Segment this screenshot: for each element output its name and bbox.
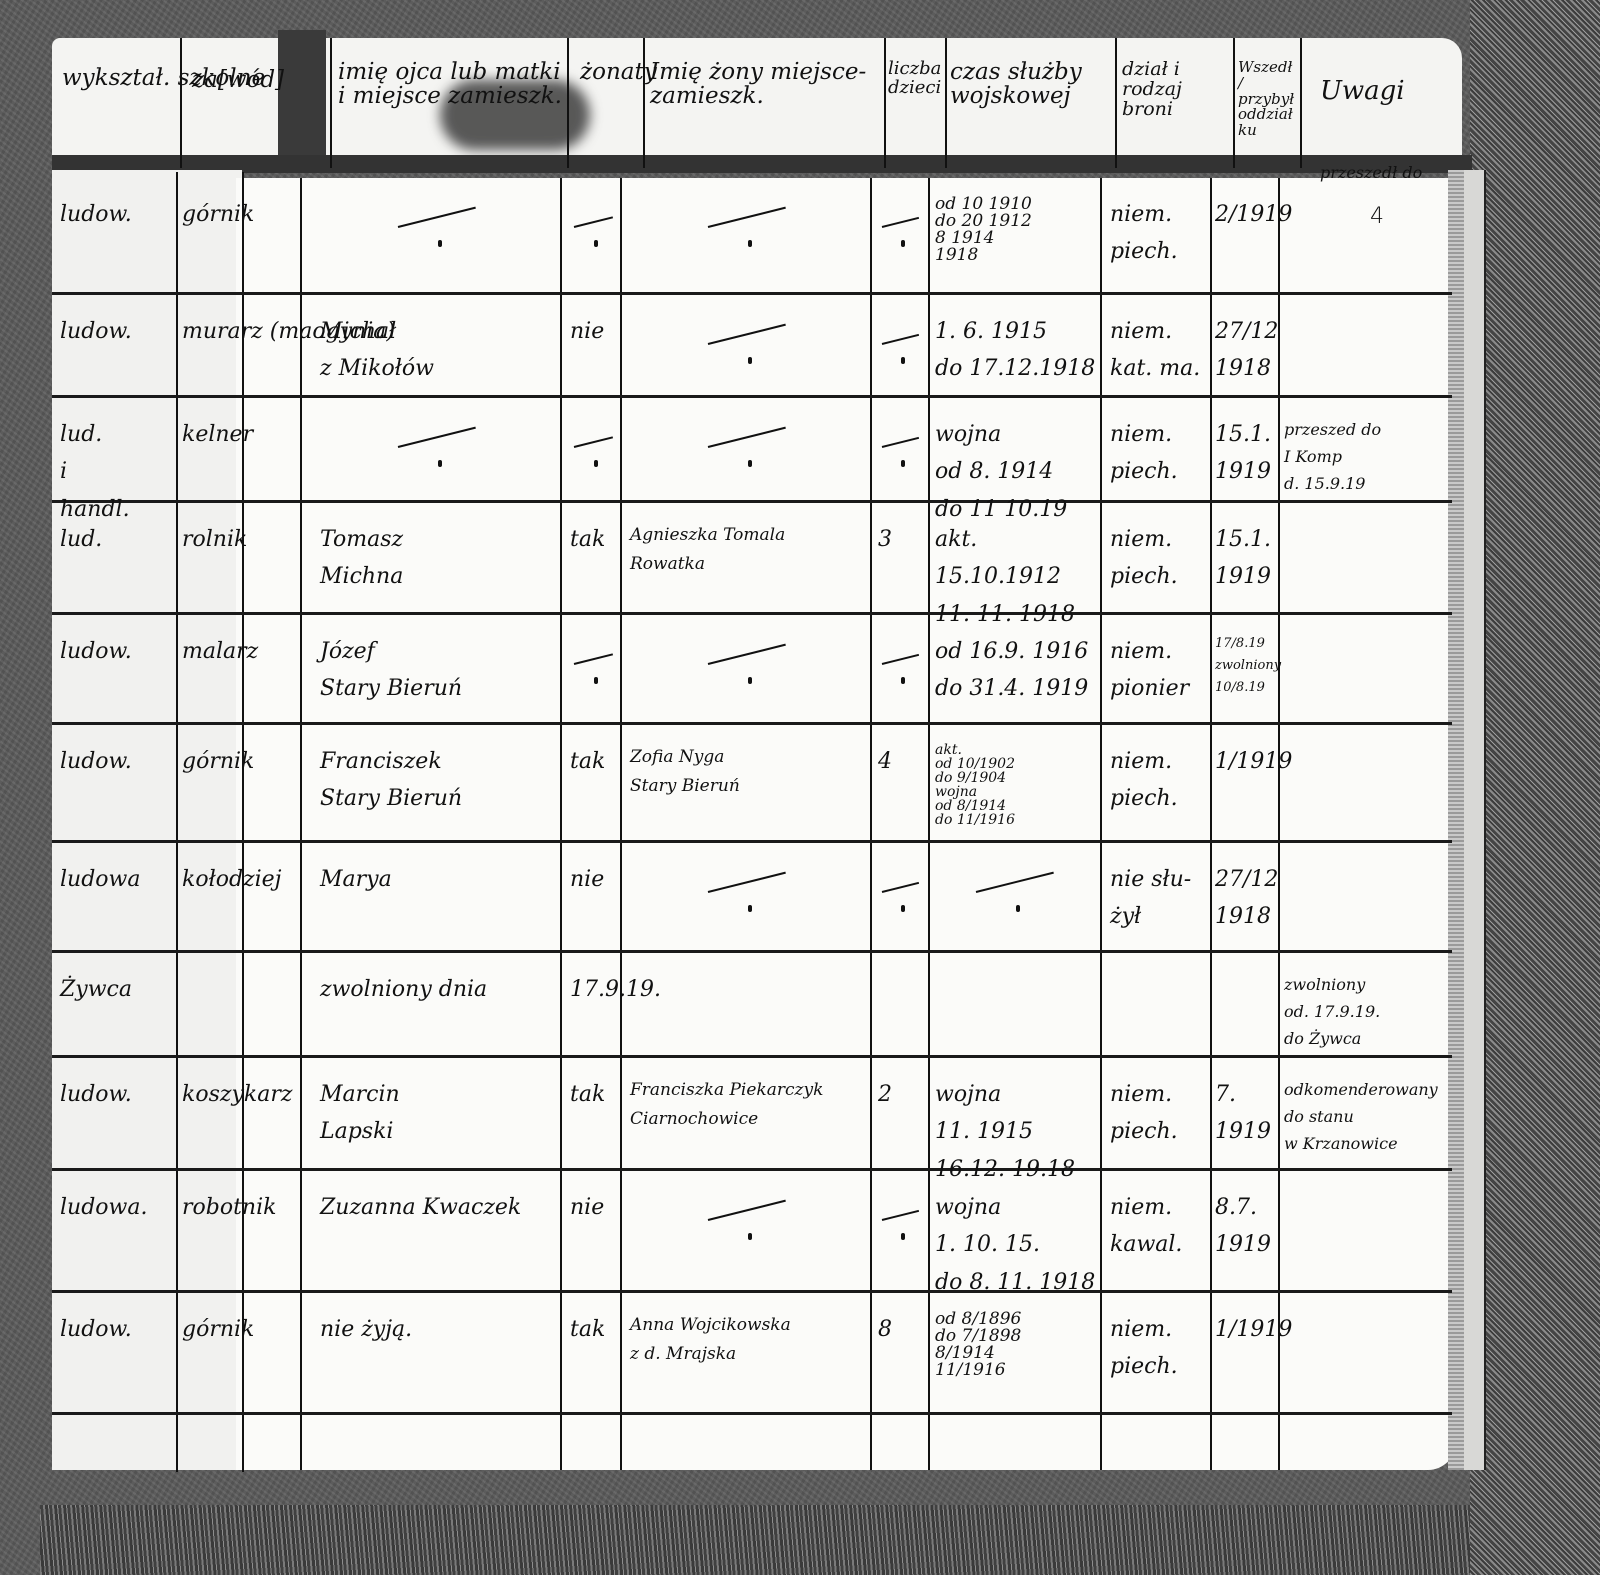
- ditto-dot: [901, 677, 905, 684]
- col-line: [1278, 178, 1280, 1470]
- cell-education: ludowa.: [60, 1189, 172, 1226]
- cell-service-time: wojna 11. 1915 16.12. 19.18: [935, 1076, 1097, 1188]
- row-line: [52, 722, 1452, 725]
- header-wife: Imię żony miejsce-zamieszk.: [650, 60, 880, 108]
- row-line: [52, 1412, 1452, 1415]
- col-line: [620, 178, 622, 1470]
- cell-occupation: kołodziej: [182, 861, 298, 898]
- cell-discharge: 7. 1919: [1215, 1076, 1277, 1151]
- header-col-line: [884, 38, 886, 168]
- cell-discharge: 15.1. 1919: [1215, 416, 1277, 491]
- ditto-dot: [901, 905, 905, 912]
- header-col-line: [180, 38, 182, 168]
- header-children: liczba dzieci: [888, 60, 943, 98]
- cell-discharge: 1/1919: [1215, 1311, 1277, 1348]
- cell-discharge: 2/1919: [1215, 196, 1277, 233]
- cell-education: ludow.: [60, 196, 172, 233]
- ditto-dot: [748, 905, 752, 912]
- header-parents: imię ojca lub matki i miejsce zamieszk.: [338, 60, 563, 108]
- cell-education: ludowa: [60, 861, 172, 898]
- col-line: [242, 172, 244, 1472]
- cell-discharge: 27/12 1918: [1215, 313, 1277, 388]
- row-line: [52, 1168, 1452, 1171]
- cell-parents: Józef Stary Bieruń: [320, 633, 556, 708]
- col-line: [928, 178, 930, 1470]
- cell-married: tak: [570, 1311, 618, 1348]
- cell-occupation: rolnik: [182, 521, 298, 558]
- cell-arm: niem. piech.: [1110, 743, 1208, 818]
- header-col-line: [1300, 38, 1302, 168]
- cell-remarks: zwolniony od. 17.9.19. do Żywca: [1284, 971, 1446, 1053]
- cell-education: Żywca: [60, 971, 172, 1008]
- cell-occupation: górnik: [182, 196, 298, 233]
- cell-children: 3: [878, 521, 924, 558]
- cell-education: ludow.: [60, 743, 172, 780]
- cell-parents: Franciszek Stary Bieruń: [320, 743, 556, 818]
- header-discharge: Wszedł / przybył oddział ku: [1238, 60, 1298, 139]
- header-occupation: za[wód]: [192, 68, 284, 92]
- scan-background-texture-bottom: [40, 1505, 1470, 1575]
- cell-service-time: wojna 1. 10. 15. do 8. 11. 1918: [935, 1189, 1097, 1301]
- col-line: [1100, 178, 1102, 1470]
- ditto-dot: [748, 460, 752, 467]
- cell-remarks: odkomenderowany do stanu w Krzanowice: [1284, 1076, 1446, 1158]
- cell-wife: Franciszka Piekarczyk Ciarnochowice: [630, 1076, 866, 1134]
- cell-occupation: górnik: [182, 743, 298, 780]
- cell-occupation: malarz: [182, 633, 298, 670]
- cell-arm: niem. piech.: [1110, 196, 1208, 271]
- cell-married: nie: [570, 1189, 618, 1226]
- row-line: [52, 395, 1452, 398]
- cell-discharge: 17/8.19 zwolniony 10/8.19: [1215, 633, 1277, 699]
- cell-married: 17.9.19.: [570, 971, 618, 1008]
- cell-parents: Marcin Lapski: [320, 1076, 556, 1151]
- header-col-line: [330, 38, 332, 168]
- cell-arm: niem. kat. ma.: [1110, 313, 1208, 388]
- ditto-dot: [438, 240, 442, 247]
- cell-service-time: 1. 6. 1915 do 17.12.1918: [935, 313, 1097, 388]
- page-number: 4: [1370, 198, 1532, 235]
- scan-background-texture: [1470, 0, 1600, 1575]
- header-arm: dział i rodzaj broni: [1122, 60, 1230, 120]
- cell-married: tak: [570, 743, 618, 780]
- col-line: [300, 178, 302, 1470]
- cell-service-time: od 10 1910 do 20 1912 8 1914 1918: [935, 196, 1097, 264]
- header-remarks: Uwagi: [1320, 78, 1405, 105]
- ditto-dot: [1016, 905, 1020, 912]
- cell-education: ludow.: [60, 1076, 172, 1113]
- cell-parents: Zuzanna Kwaczek: [320, 1189, 556, 1226]
- cell-parents: Tomasz Michna: [320, 521, 556, 596]
- cell-remarks: przeszed do I Komp d. 15.9.19: [1284, 416, 1446, 498]
- cell-education: lud.: [60, 521, 172, 558]
- cell-parents: nie żyją.: [320, 1311, 556, 1348]
- col-line: [1210, 178, 1212, 1470]
- cell-service-time: akt. 15.10.1912 11. 11. 1918: [935, 521, 1097, 633]
- cell-service-time: wojna od 8. 1914 do 11 10.19: [935, 416, 1097, 528]
- ditto-dot: [594, 677, 598, 684]
- cell-discharge: 8.7. 1919: [1215, 1189, 1277, 1264]
- ditto-dot: [748, 677, 752, 684]
- ditto-dot: [594, 240, 598, 247]
- cell-service-time: od 16.9. 1916 do 31.4. 1919: [935, 633, 1097, 708]
- top-right-note: przeszedł do: [1320, 165, 1422, 182]
- cell-wife: Anna Wojcikowska z d. Mrajska: [630, 1311, 866, 1369]
- ditto-dot: [748, 357, 752, 364]
- header-col-line: [1115, 38, 1117, 168]
- ditto-dot: [901, 357, 905, 364]
- cell-children: 8: [878, 1311, 924, 1348]
- cell-married: nie: [570, 313, 618, 350]
- cell-wife: Agnieszka Tomala Rowatka: [630, 521, 866, 579]
- ditto-dot: [748, 1233, 752, 1240]
- header-col-line: [1233, 38, 1235, 168]
- row-line: [52, 292, 1452, 295]
- cell-parents: Michał z Mikołów: [320, 313, 556, 388]
- header-divider: [52, 155, 1472, 173]
- cell-education: lud. i handl.: [60, 416, 172, 528]
- header-col-line: [567, 38, 569, 168]
- cell-children: 2: [878, 1076, 924, 1113]
- cell-occupation: górnik: [182, 1311, 298, 1348]
- cell-occupation: robotnik: [182, 1189, 298, 1226]
- header-col-line: [643, 38, 645, 168]
- ditto-dot: [901, 460, 905, 467]
- row-line: [52, 1290, 1452, 1293]
- cell-discharge: 1/1919: [1215, 743, 1277, 780]
- col-line: [870, 178, 872, 1470]
- cell-arm: niem. piech.: [1110, 1311, 1208, 1386]
- col-line: [176, 172, 178, 1472]
- header-service-time: czas służby wojskowej: [950, 60, 1110, 108]
- cell-education: ludow.: [60, 633, 172, 670]
- cell-wife: Zofia Nyga Stary Bieruń: [630, 743, 866, 801]
- cell-married: nie: [570, 861, 618, 898]
- ditto-dot: [901, 1233, 905, 1240]
- cell-married: tak: [570, 1076, 618, 1113]
- col-line: [560, 178, 562, 1470]
- ditto-dot: [594, 460, 598, 467]
- row-line: [52, 612, 1452, 615]
- header-married: żonaty: [580, 60, 640, 84]
- cell-occupation: kelner: [182, 416, 298, 453]
- row-line: [52, 840, 1452, 843]
- cell-arm: niem. piech.: [1110, 1076, 1208, 1151]
- ditto-dot: [438, 460, 442, 467]
- cell-occupation: koszykarz: [182, 1076, 298, 1113]
- cell-arm: niem. piech.: [1110, 416, 1208, 491]
- cell-education: ludow.: [60, 1311, 172, 1348]
- page-edge: [1448, 170, 1486, 1470]
- cell-children: 4: [878, 743, 924, 780]
- cell-education: ludow.: [60, 313, 172, 350]
- cell-parents: Marya: [320, 861, 556, 898]
- left-page-strip: [52, 170, 242, 1470]
- row-line: [52, 500, 1452, 503]
- cell-occupation: murarz (maogynia): [182, 313, 298, 350]
- cell-parents: zwolniony dnia: [320, 971, 556, 1008]
- cell-arm: nie słu- żył: [1110, 861, 1208, 936]
- cell-arm: niem. piech.: [1110, 521, 1208, 596]
- cell-married: tak: [570, 521, 618, 558]
- ink-smudge: [278, 30, 326, 170]
- cell-arm: niem. kawal.: [1110, 1189, 1208, 1264]
- row-line: [52, 950, 1452, 953]
- cell-discharge: 15.1. 1919: [1215, 521, 1277, 596]
- cell-service-time: od 8/1896 do 7/1898 8/1914 11/1916: [935, 1311, 1097, 1379]
- header-col-line: [945, 38, 947, 168]
- ditto-dot: [901, 240, 905, 247]
- row-line: [52, 1055, 1452, 1058]
- cell-discharge: 27/12 1918: [1215, 861, 1277, 936]
- ditto-dot: [748, 240, 752, 247]
- cell-service-time: akt. od 10/1902 do 9/1904 wojna od 8/191…: [935, 743, 1097, 827]
- cell-arm: niem. pionier: [1110, 633, 1208, 708]
